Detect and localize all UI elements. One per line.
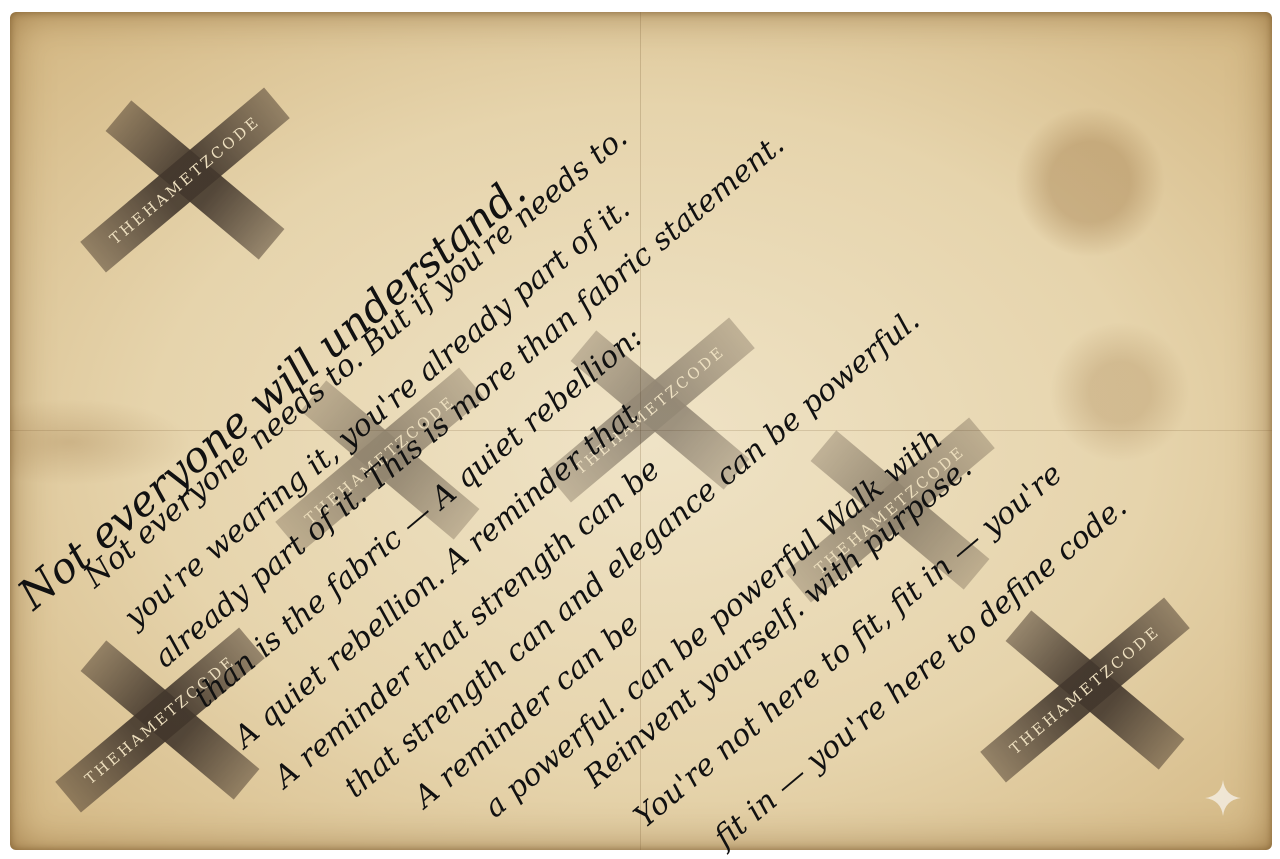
sparkle-icon [1203, 778, 1243, 818]
watermark-x-top-left: THEHAMETZCODE [55, 50, 315, 310]
